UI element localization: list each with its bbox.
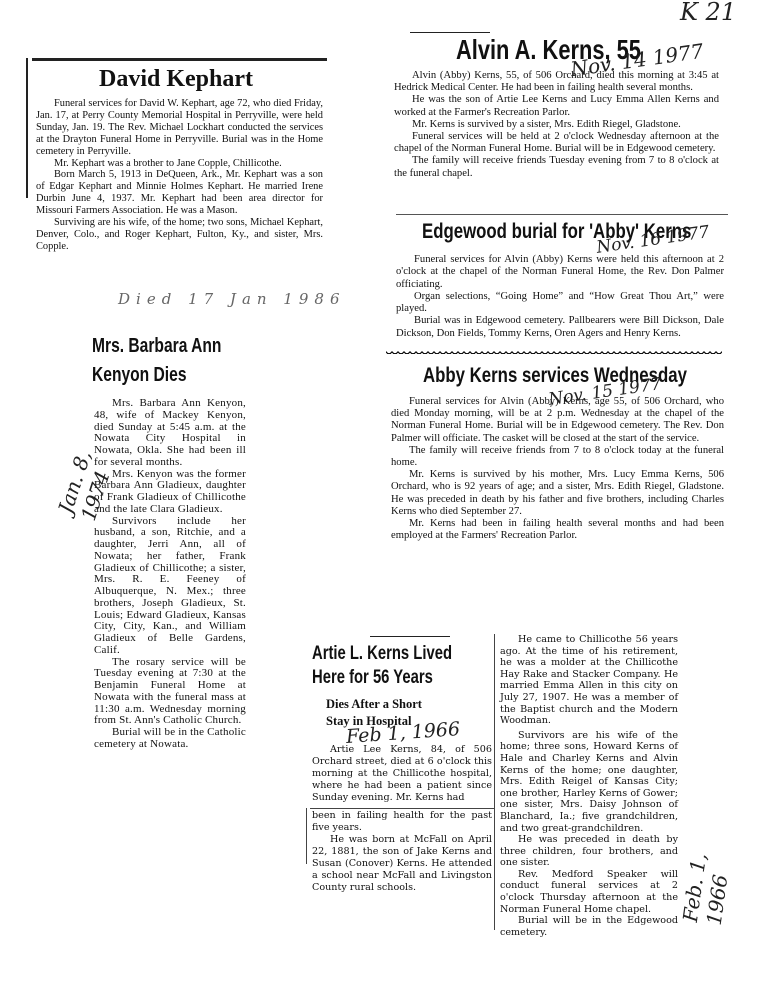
artie-subhead-line1: Dies After a Short xyxy=(326,696,422,713)
paragraph: Mr. Kerns is survived by his mother, Mrs… xyxy=(391,469,724,518)
paragraph: Mr. Kephart was a brother to Jane Copple… xyxy=(36,158,323,170)
top-rule xyxy=(410,32,490,33)
paragraph: Funeral services will be held at 2 o'clo… xyxy=(394,131,719,155)
artie-headline-line2: Here for 56 Years xyxy=(312,666,452,690)
edgewood-body: Funeral services for Alvin (Abby) Kerns … xyxy=(396,254,724,340)
paragraph: Burial will be in the Catholic cemetery … xyxy=(94,727,246,751)
paragraph: Survivors are his wife of the home; thre… xyxy=(500,730,678,834)
paragraph: been in failing health for the past five… xyxy=(312,810,492,834)
paragraph: Funeral services for David W. Kephart, a… xyxy=(36,98,323,158)
page-mark: K 21 xyxy=(680,0,736,26)
kephart-handwritten-date: Died 17 Jan 1986 xyxy=(118,290,345,308)
paragraph: Surviving are his wife, of the home; two… xyxy=(36,217,323,253)
top-rule xyxy=(370,636,450,637)
kephart-headline: David Kephart xyxy=(26,66,326,93)
paragraph: Mr. Kerns is survived by a sister, Mrs. … xyxy=(394,119,719,131)
kenyon-clipping: Mrs. Barbara Ann Kenyon Dies Mrs. Barbar… xyxy=(92,332,222,390)
artie-headline-line1: Artie L. Kerns Lived xyxy=(312,642,452,666)
kenyon-headline-line2: Kenyon Dies xyxy=(92,361,193,390)
artie-handwritten-date-margin: Feb. 1, 1966 xyxy=(678,801,742,927)
kephart-clipping: David Kephart Funeral services for David… xyxy=(26,58,326,318)
top-rule xyxy=(396,214,728,215)
divider-wavy xyxy=(386,350,722,356)
artie-headline: Artie L. Kerns Lived Here for 56 Years xyxy=(312,642,452,690)
paragraph: Born March 5, 1913 in DeQueen, Ark., Mr.… xyxy=(36,169,323,217)
kenyon-headline: Mrs. Barbara Ann Kenyon Dies xyxy=(92,332,193,390)
artie-body-col2: He came to Chillicothe 56 years ago. At … xyxy=(500,634,678,938)
paragraph: Alvin (Abby) Kerns, 55, of 506 Orchard, … xyxy=(394,70,719,94)
paragraph: The family will receive friends Tuesday … xyxy=(394,155,719,179)
column-break-rule xyxy=(310,808,494,809)
abby-services-body: Funeral services for Alvin (Abby) Kerns,… xyxy=(391,396,724,542)
paragraph: Funeral services for Alvin (Abby) Kerns … xyxy=(396,254,724,291)
artie-column-divider xyxy=(494,634,495,930)
paragraph: He was the son of Artie Lee Kerns and Lu… xyxy=(394,94,719,118)
paragraph: He came to Chillicothe 56 years ago. At … xyxy=(500,634,678,727)
paragraph: The rosary service will be Tuesday eveni… xyxy=(94,657,246,728)
paragraph: Survivors include her husband, a son, Ri… xyxy=(94,516,246,657)
paragraph: He was preceded in death by three childr… xyxy=(500,834,678,869)
artie-body-top: Artie Lee Kerns, 84, of 506 Orchard stre… xyxy=(312,744,492,804)
kenyon-headline-line1: Mrs. Barbara Ann xyxy=(92,332,193,361)
paragraph: Organ selections, “Going Home” and “How … xyxy=(396,291,724,316)
paragraph: The family will receive friends from 7 t… xyxy=(391,445,724,469)
paragraph: He was born at McFall on April 22, 1881,… xyxy=(312,834,492,894)
paragraph: Burial was in Edgewood cemetery. Pallbea… xyxy=(396,315,724,340)
alvin-body: Alvin (Abby) Kerns, 55, of 506 Orchard, … xyxy=(394,70,719,180)
paragraph: Artie Lee Kerns, 84, of 506 Orchard stre… xyxy=(312,744,492,804)
paragraph: Rev. Medford Speaker will conduct funera… xyxy=(500,869,678,915)
artie-body-bottom: been in failing health for the past five… xyxy=(312,810,492,894)
top-rule xyxy=(32,58,327,61)
paragraph: Mrs. Kenyon was the former Barbara Ann G… xyxy=(94,469,246,516)
paragraph: Mr. Kerns had been in failing health sev… xyxy=(391,518,724,542)
column-left-rule xyxy=(306,808,307,864)
kephart-body: Funeral services for David W. Kephart, a… xyxy=(36,98,323,253)
paragraph: Burial will be in the Edgewood cemetery. xyxy=(500,915,678,938)
